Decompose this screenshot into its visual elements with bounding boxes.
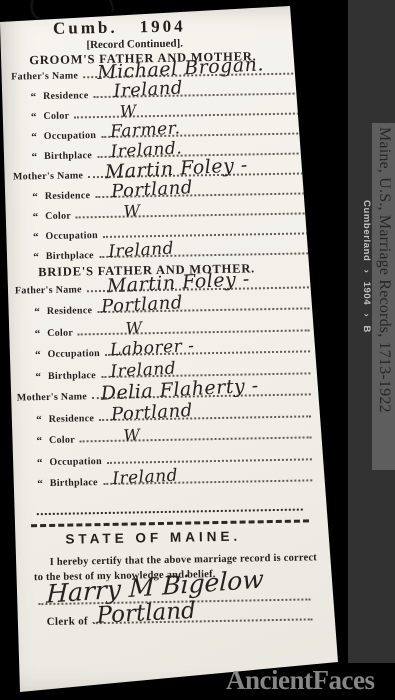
handwritten-value: Portland (111, 400, 194, 425)
pen-mark-strokes (0, 0, 140, 26)
viewer-sidebar: Cumberland › 1904 › B Maine, U.S., Marri… (348, 0, 395, 663)
field-label: Residence (49, 413, 95, 425)
handwritten-value: Ireland (112, 466, 179, 489)
record-image-viewer: Cumb.1904 [Record Continued]. GROOM'S FA… (0, 0, 395, 700)
form-row-birthplace: “BirthplaceIreland (16, 463, 314, 490)
document-content: Cumb.1904 [Record Continued]. GROOM'S FA… (0, 0, 395, 700)
ditto-mark: “ (31, 112, 37, 122)
ancientfaces-watermark: AncientFaces (226, 665, 374, 696)
ditto-mark: “ (36, 415, 42, 425)
handwritten-value: Ireland (110, 358, 177, 381)
ditto-mark: “ (35, 372, 41, 382)
breadcrumb[interactable]: Cumberland › 1904 › B (348, 200, 372, 333)
collection-title-strip: Maine, U.S., Marriage Records, 1713-1922 (372, 123, 395, 470)
ditto-mark: “ (34, 307, 40, 317)
ditto-mark: “ (33, 252, 39, 262)
separator-rule-thin (37, 509, 303, 516)
ditto-mark: “ (37, 458, 43, 468)
clerk-of-label: Clerk of (47, 615, 88, 628)
field-label: Birthplace (48, 370, 96, 382)
field-label: Birthplace (44, 150, 92, 162)
field-label: Color (47, 327, 73, 338)
field-label: Birthplace (46, 250, 94, 262)
record-year: 1904 (139, 17, 185, 37)
ditto-mark: “ (32, 192, 38, 202)
form-row-birthplace: “BirthplaceIreland (12, 237, 310, 262)
ditto-mark: “ (32, 152, 38, 162)
field-label: Residence (43, 90, 89, 102)
handwritten-value: W (123, 201, 141, 221)
field-label: Color (43, 111, 69, 122)
field-label: Birthplace (50, 477, 98, 489)
handwritten-value: Ireland (113, 77, 183, 102)
separator-rule-thick (31, 519, 309, 527)
handwritten-value: Portland (111, 177, 194, 202)
ditto-mark: “ (33, 232, 39, 242)
ditto-mark: “ (36, 436, 42, 446)
field-label: Residence (45, 190, 91, 202)
groom-parents-rows: Father's NameMichael Brogan.“ResidenceIr… (9, 57, 310, 262)
handwritten-value: Ireland (108, 239, 175, 262)
handwritten-value: W (125, 318, 143, 338)
field-label: Color (49, 434, 75, 445)
bride-parents-rows: Father's NameMartin Foley -“ResidencePor… (13, 269, 315, 489)
ditto-mark: “ (31, 132, 37, 142)
field-label: Color (45, 211, 71, 222)
handwritten-value: W (123, 425, 141, 445)
collection-title: Maine, U.S., Marriage Records, 1713-1922 (372, 123, 393, 413)
ditto-mark: “ (35, 329, 41, 339)
scanned-document-paper: Cumb.1904 [Record Continued]. GROOM'S FA… (0, 0, 395, 700)
ditto-mark: “ (37, 479, 43, 489)
clerk-of-value: Portland (96, 598, 196, 629)
handwritten-value: W (119, 101, 137, 121)
certify-text-line1: I hereby certify that the above marriage… (50, 552, 317, 568)
ditto-mark: “ (30, 92, 36, 102)
state-of-maine-heading: STATE OF MAINE. (3, 528, 303, 548)
ditto-mark: “ (33, 212, 39, 222)
field-label: Residence (47, 305, 93, 317)
ditto-mark: “ (35, 350, 41, 360)
handwritten-value: Portland (101, 292, 184, 317)
